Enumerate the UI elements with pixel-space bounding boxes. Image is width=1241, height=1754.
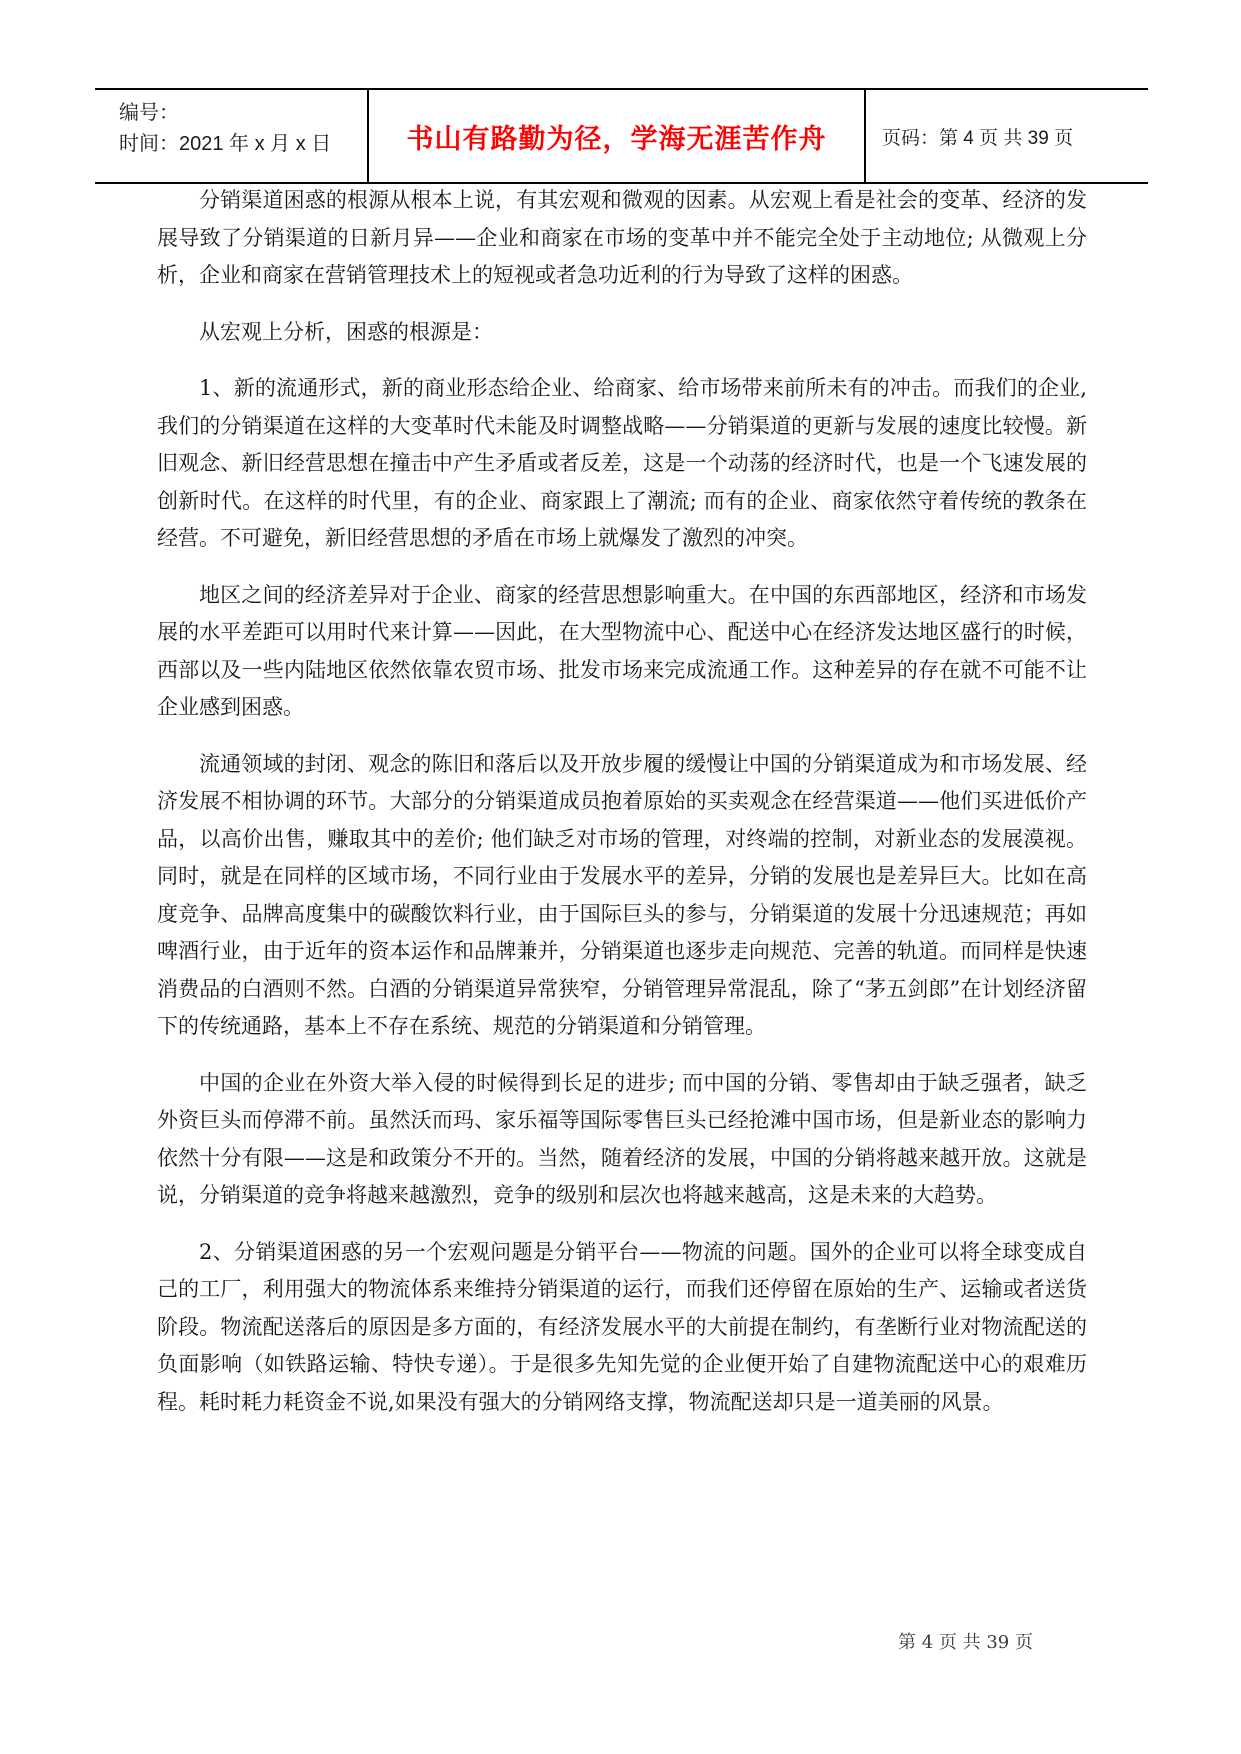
paragraph: 分销渠道困惑的根源从根本上说，有其宏观和微观的因素。从宏观上看是社会的变革、经济… <box>157 182 1087 295</box>
paragraph: 从宏观上分析，困惑的根源是： <box>157 314 1087 352</box>
paragraph: 中国的企业在外资大举入侵的时候得到长足的进步; 而中国的分销、零售却由于缺乏强者… <box>157 1065 1087 1215</box>
document-page: 编号： 时间：2021 年 x 月 x 日 书山有路勤为径，学海无涯苦作舟 页码… <box>0 0 1241 1754</box>
header-page-cell: 页码：第 4 页 共 39 页 <box>866 90 1148 182</box>
paragraph: 流通领域的封闭、观念的陈旧和落后以及开放步履的缓慢让中国的分销渠道成为和市场发展… <box>157 746 1087 1046</box>
slogan-text: 书山有路勤为径，学海无涯苦作舟 <box>407 117 827 156</box>
header-meta-cell: 编号： 时间：2021 年 x 月 x 日 <box>95 90 367 182</box>
paragraph: 2、分销渠道困惑的另一个宏观问题是分销平台——物流的问题。国外的企业可以将全球变… <box>157 1234 1087 1422</box>
header-slogan-cell: 书山有路勤为径，学海无涯苦作舟 <box>367 90 866 182</box>
document-time-label: 时间：2021 年 x 月 x 日 <box>119 129 367 160</box>
paragraph: 地区之间的经济差异对于企业、商家的经营思想影响重大。在中国的东西部地区，经济和市… <box>157 577 1087 727</box>
document-body: 分销渠道困惑的根源从根本上说，有其宏观和微观的因素。从宏观上看是社会的变革、经济… <box>157 182 1087 1421</box>
page-number-label: 页码：第 4 页 共 39 页 <box>882 123 1073 150</box>
paragraph: 1、新的流通形式，新的商业形态给企业、给商家、给市场带来前所未有的冲击。而我们的… <box>157 370 1087 558</box>
document-number-label: 编号： <box>119 98 367 129</box>
footer-page-info: 第 4 页 共 39 页 <box>898 1628 1033 1654</box>
header-table: 编号： 时间：2021 年 x 月 x 日 书山有路勤为径，学海无涯苦作舟 页码… <box>95 88 1148 184</box>
